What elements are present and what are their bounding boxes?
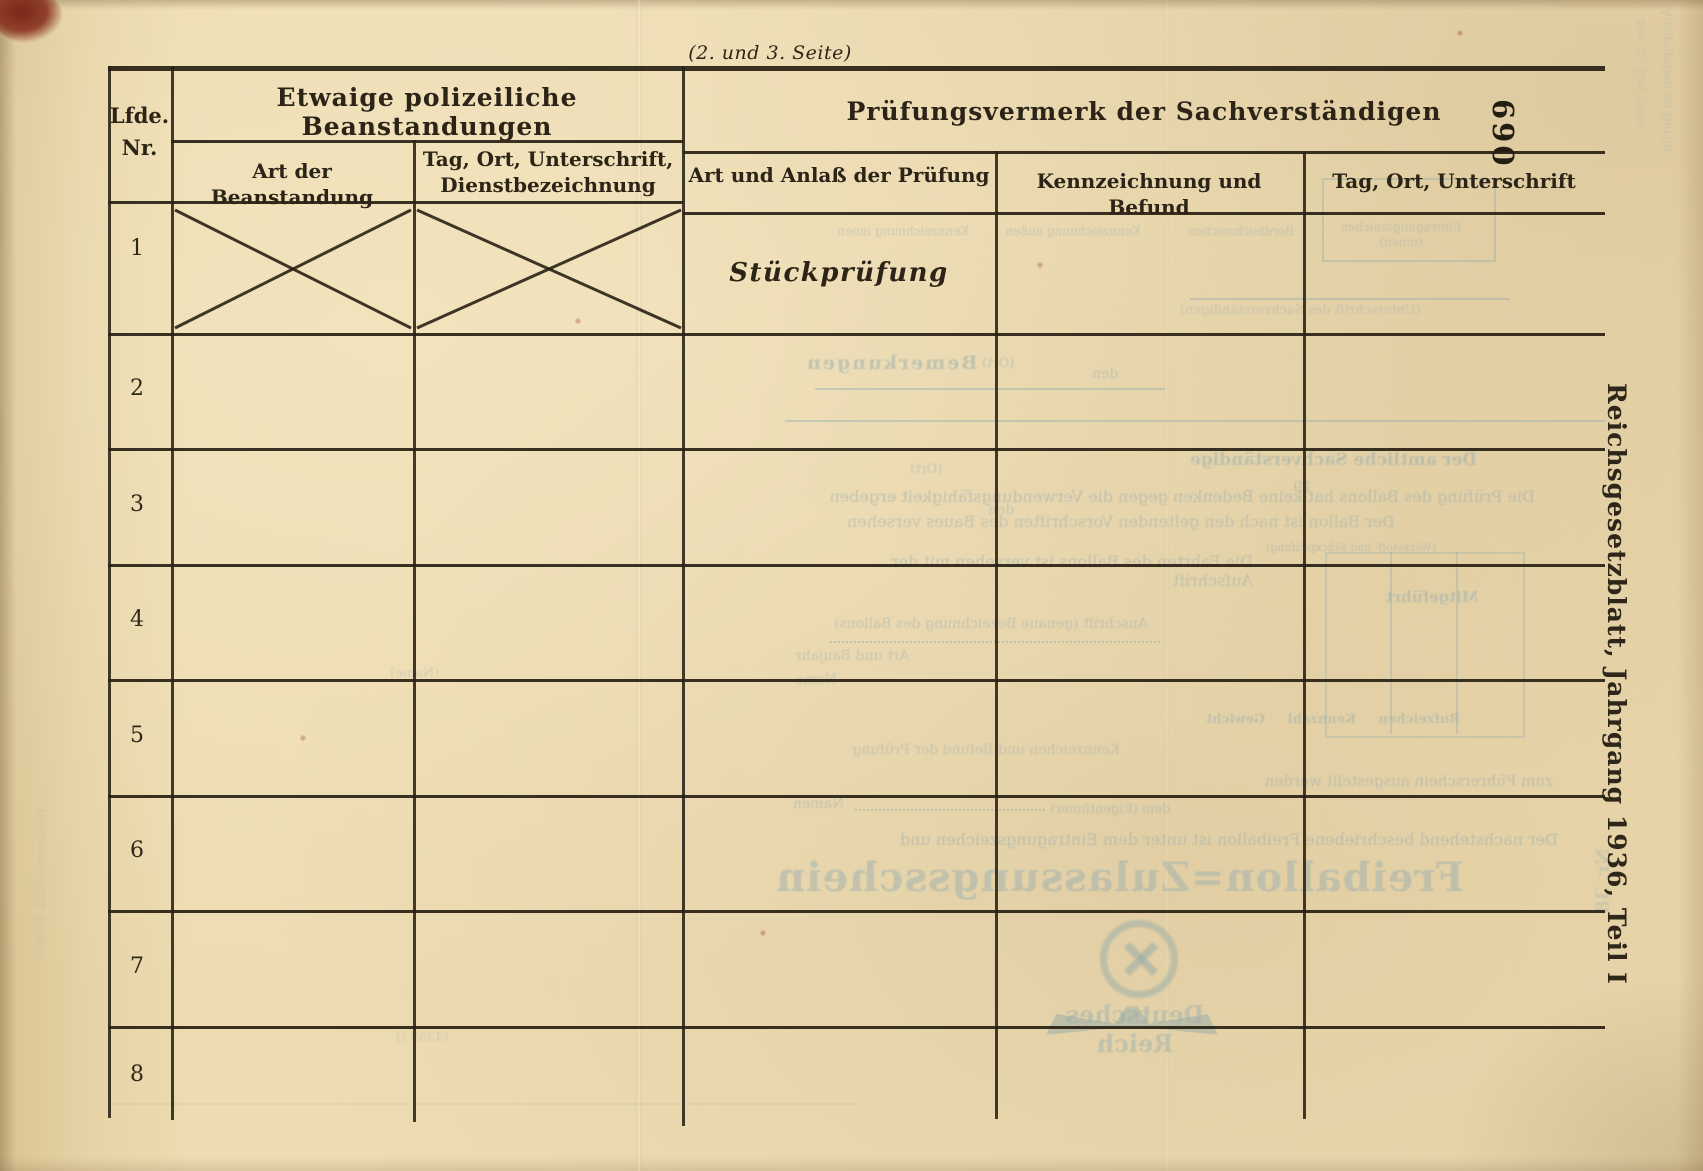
row-number: 1 — [108, 236, 166, 261]
ghost-mitgefuehrt-label: Mitgeführt — [1386, 588, 1478, 606]
ghost-small-caption: (Werkstoff- und Stückprüfung) — [1266, 541, 1436, 554]
grid-line-horizontal-row — [108, 448, 1605, 451]
ghost-form-title: Freiballon=Zulassungsschein — [852, 854, 1464, 901]
ghost-paragraph-line: Kennzeichen und Befund der Prüfung — [790, 742, 1120, 758]
ghost-box-outline — [1325, 552, 1525, 738]
grid-line-horizontal-row — [108, 795, 1605, 798]
age-spot — [760, 930, 766, 936]
corner-wrinkle-shading — [1443, 971, 1703, 1171]
row-number: 2 — [108, 376, 166, 401]
column-header-line2: Dienstbezeichnung — [413, 172, 683, 198]
row-number: 4 — [108, 607, 166, 632]
page-edge-shading-top — [0, 0, 1703, 10]
grid-line-vertical-pruefung — [995, 151, 998, 1119]
column-header-tag-ort-unterschrift: Tag, Ort, Unterschrift — [1303, 168, 1605, 194]
grid-line-horizontal-row — [108, 333, 1605, 336]
column-header-tag-ort-dienstbezeichnung: Tag, Ort, Unterschrift, Dienstbezeichnun… — [413, 146, 683, 198]
ghost-box-divider — [1390, 552, 1392, 734]
column-header-art-der-beanstandung: Art der Beanstandung — [171, 158, 413, 210]
ghost-dotted-line — [855, 809, 1045, 811]
ghost-paragraph-line: Die Prüfung des Ballons hat keine Bedenk… — [795, 487, 1535, 506]
ghost-ort-caption: (Ort) — [910, 462, 942, 477]
column-header-kennzeichnung-befund: Kennzeichnung und Befund — [995, 168, 1303, 220]
grid-line-vertical-befund — [1303, 151, 1306, 1119]
ghost-print-code: (4359 I) — [396, 1030, 449, 1045]
row-number: 7 — [108, 954, 166, 979]
ghost-word-row: Rufzeichen Kennzahl Gewicht — [1180, 712, 1460, 727]
sheet-note: (2. und 3. Seite) — [660, 42, 880, 64]
column-header-line1: Tag, Ort, Unterschrift, — [413, 146, 683, 172]
row-number: 3 — [108, 492, 166, 517]
ghost-bemerkungen-label: Bemerkungen — [805, 352, 977, 374]
eagle-emblem-ghost-wreath — [1100, 920, 1178, 998]
column-header-lfde-nr: Lfde. Nr. — [108, 100, 171, 163]
ghost-signature-caption: (Unterschrift des Sachverständigen) — [1180, 303, 1421, 318]
ghost-left-margin-caption: Reichsgesetzbl. 1936 I — [34, 808, 49, 958]
ghost-ort-caption: (Ort) — [982, 356, 1014, 371]
row-entry-stueckpruefung: Stückprüfung — [683, 258, 995, 288]
grid-line-horizontal-top-border — [108, 66, 1605, 71]
group-header-pruefungsvermerk: Prüfungsvermerk der Sachverständigen — [683, 97, 1605, 126]
ghost-sachverstaendiger-line: Der amtliche Sachverständige — [1190, 450, 1477, 470]
ghost-paragraph-line: Der nachstehend beschriebene Freiballon … — [828, 830, 1558, 849]
ghost-anschrift-line: Anschrift (genaue Bezeichnung des Ballon… — [788, 616, 1148, 632]
ghost-den-caption: den — [1092, 366, 1118, 382]
group-header-beanstandungen: Etwaige polizeiliche Beanstandungen — [171, 83, 683, 141]
column-header-lfde-line1: Lfde. — [108, 100, 171, 132]
row-number: 8 — [108, 1062, 166, 1087]
ghost-box-divider — [1456, 552, 1458, 734]
age-spot — [1457, 30, 1463, 36]
age-spot — [1037, 262, 1043, 268]
ghost-column-header: Eintragungszeichen (innen) — [1326, 220, 1476, 250]
ghost-field-label: Namen — [793, 796, 844, 812]
scanned-form-page: Kennzeichnung innen Kennzeichnung außen … — [0, 0, 1703, 1171]
grid-line-horizontal-row — [108, 1026, 1605, 1029]
ghost-field-label: dem (Eigentümer) — [1050, 802, 1171, 817]
ghost-dotted-line — [110, 1103, 860, 1105]
page-edge-shading-left — [0, 0, 16, 1171]
ghost-rule-line — [815, 388, 1165, 390]
row-number: 6 — [108, 838, 166, 863]
ghost-rule-line — [785, 420, 1605, 422]
ghost-paragraph-line: Die Fahrten des Ballons ist versehen mit… — [813, 552, 1253, 590]
grid-line-horizontal-group-right — [683, 151, 1605, 154]
ghost-corner-caption: Ausgegeben zu Berlin — [1660, 8, 1675, 153]
grid-line-horizontal-row — [108, 910, 1605, 913]
ghost-rule-line — [1190, 298, 1510, 300]
crossed-out-cell-mark — [171, 206, 415, 332]
ghost-field-label: Art und Baujahr — [795, 648, 909, 664]
red-ink-corner-stain — [0, 0, 62, 42]
ghost-column-header: Kennzeichnung außen — [998, 224, 1148, 239]
ghost-corner-caption: den 15. Juni 1936 — [1634, 18, 1648, 126]
ghost-column-header: Kennzeichnung innen — [828, 224, 978, 239]
ghost-column-header: Bordbuchzeichen — [1166, 224, 1316, 239]
right-margin-caption: Reichsgesetzblatt, Jahrgang 1936, Teil I — [1602, 383, 1631, 985]
column-header-art-und-anlass: Art und Anlaß der Prüfung — [683, 162, 995, 188]
ghost-paragraph-line: zum Führerschein ausgestellt werden — [1243, 772, 1553, 790]
row-number: 5 — [108, 723, 166, 748]
grid-line-horizontal-row — [108, 564, 1605, 567]
crossed-out-cell-mark — [413, 206, 685, 332]
grid-line-horizontal-row — [108, 679, 1605, 682]
age-spot — [300, 735, 306, 741]
column-header-lfde-line2: Nr. — [108, 132, 171, 164]
